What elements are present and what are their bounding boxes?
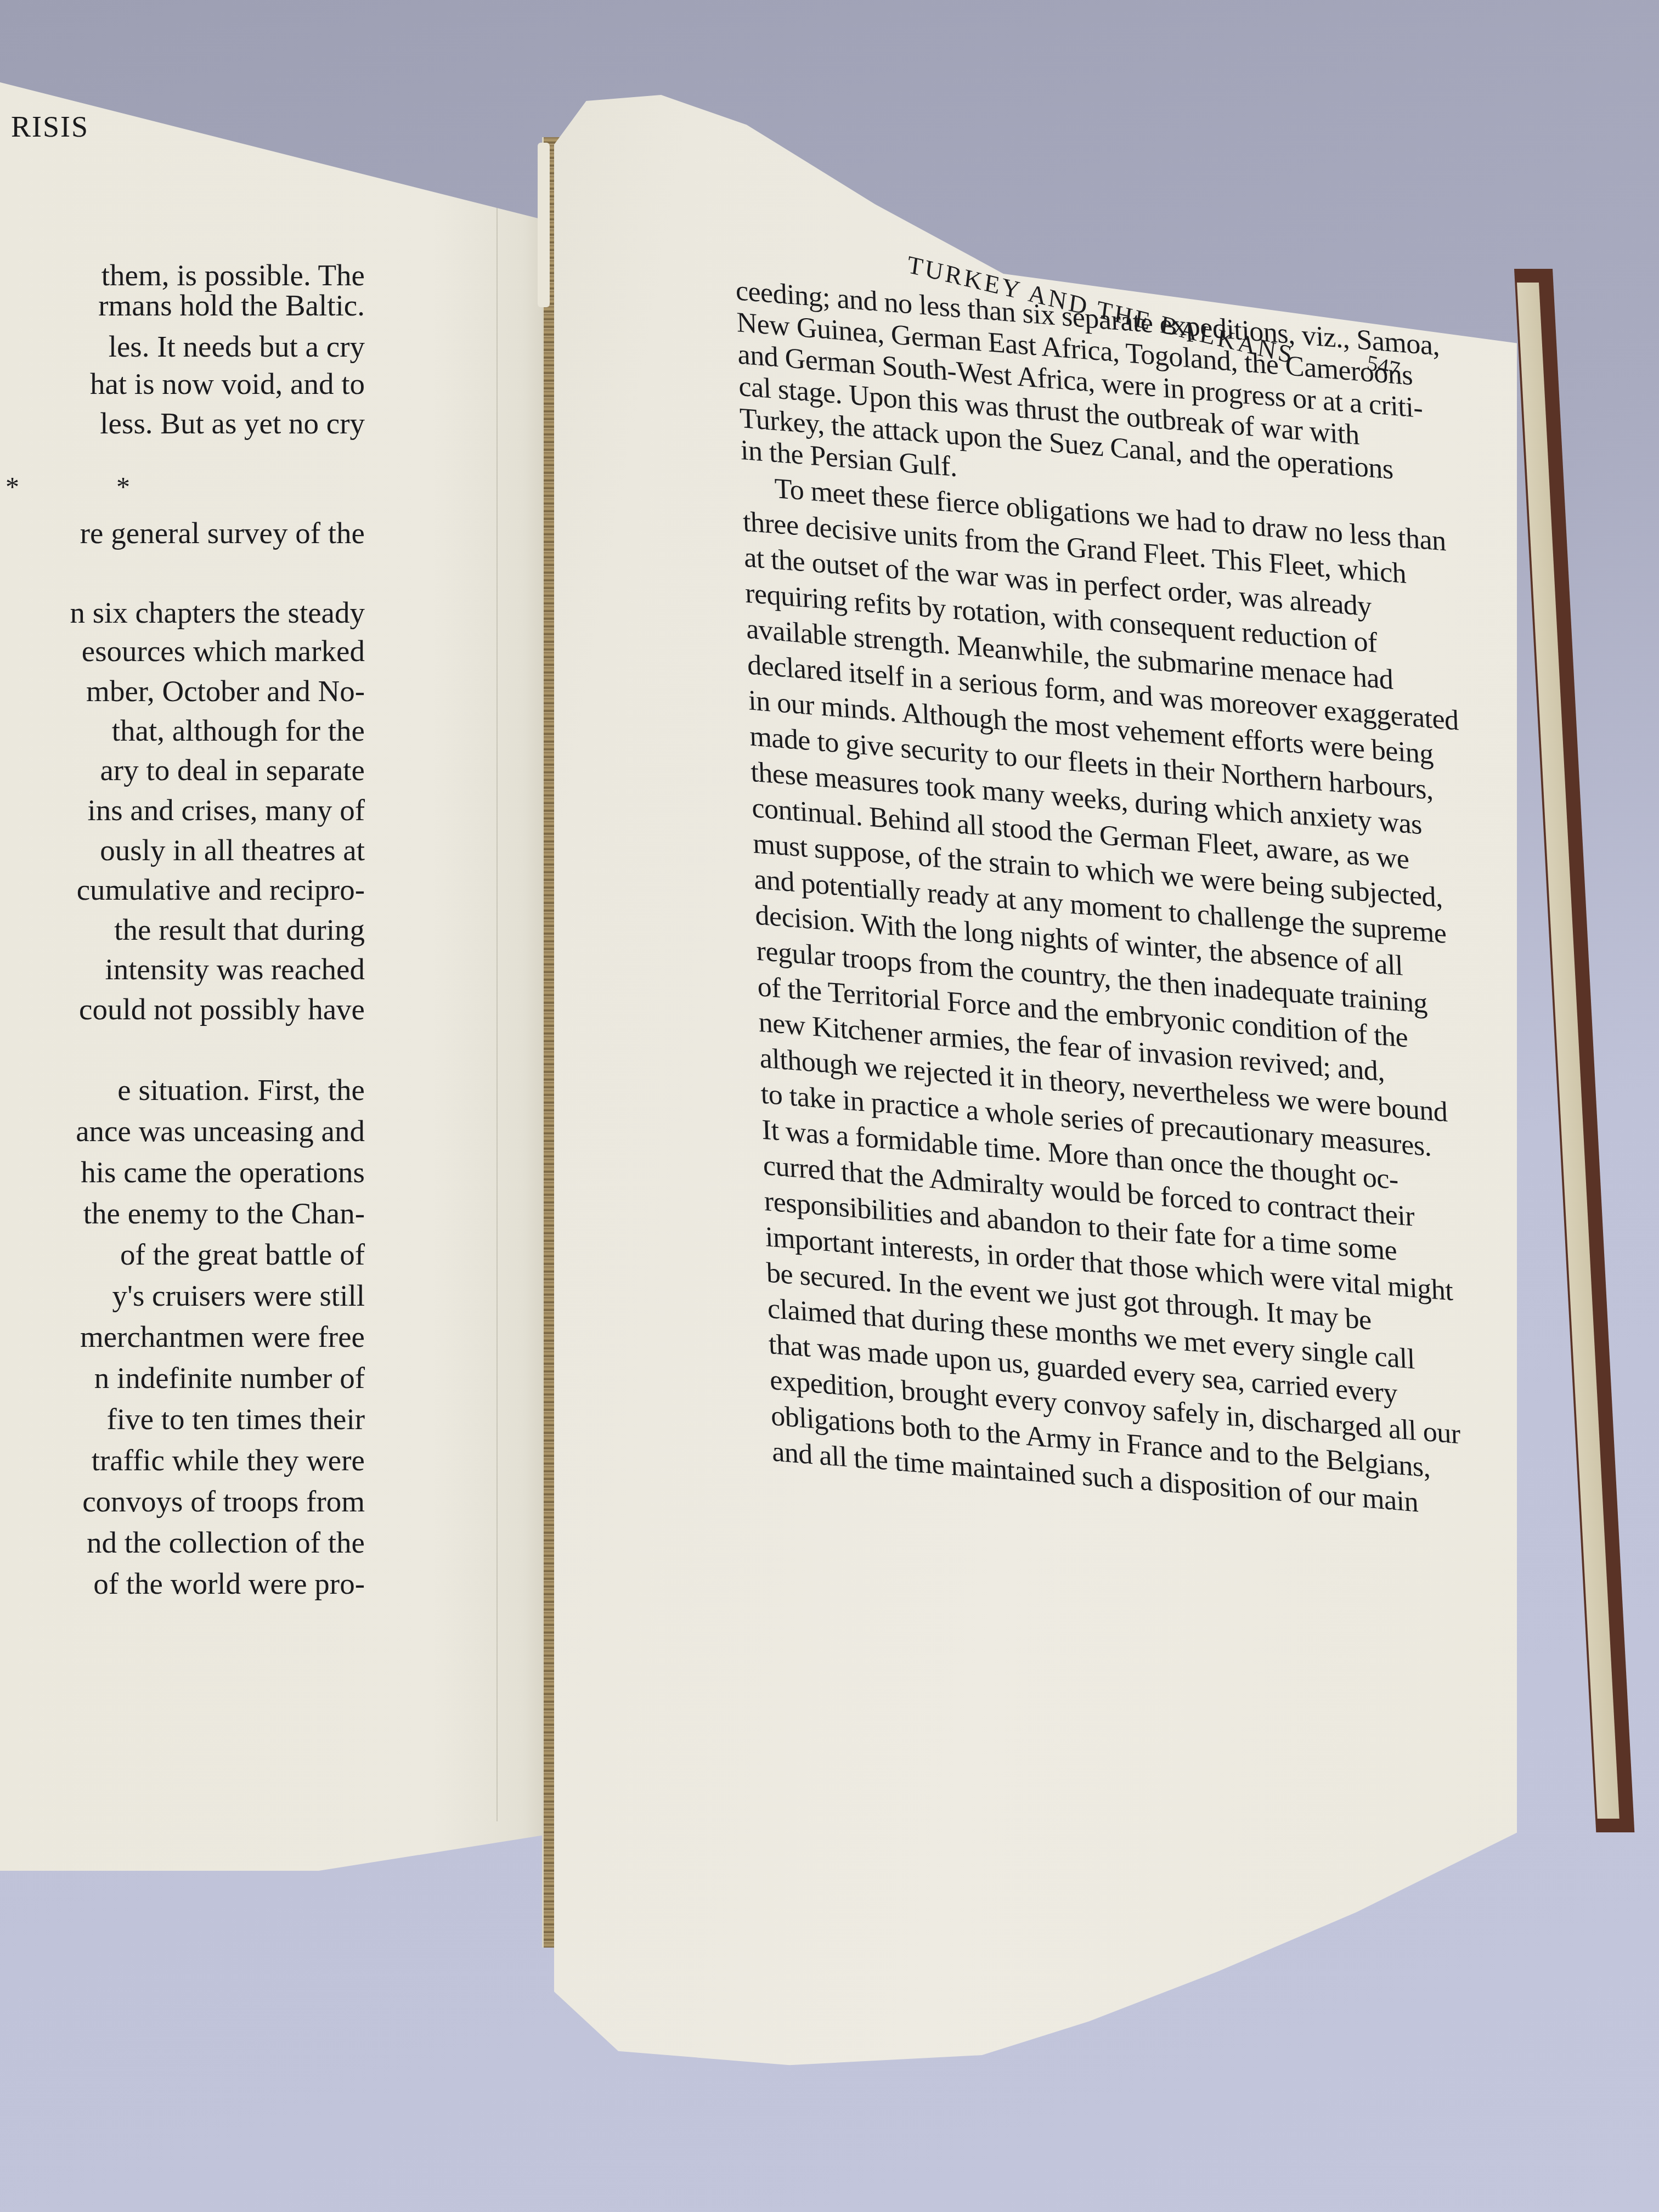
page-stack-edge (1517, 283, 1620, 1819)
text-line: merchantmen were free (80, 1319, 365, 1354)
text-line: rmans hold the Baltic. (98, 288, 365, 323)
text-line: his came the operations (81, 1155, 365, 1189)
text-line: mber, October and No- (86, 674, 365, 708)
section-break-asterisk: * (5, 471, 19, 503)
text-line: nd the collection of the (87, 1525, 365, 1560)
torn-paper-flap (538, 143, 550, 307)
text-line: the enemy to the Chan- (83, 1196, 365, 1231)
text-line: ary to deal in separate (100, 753, 365, 787)
right-page-text: TURKEY AND THE BALKANS 547 ceeding; and … (735, 274, 1426, 329)
text-line: five to ten times their (107, 1402, 365, 1436)
text-line: esources which marked (82, 634, 365, 668)
text-line: cumulative and recipro- (77, 872, 365, 907)
text-line: n six chapters the steady (70, 595, 365, 630)
left-running-head: RISIS (11, 110, 89, 144)
text-line: y's cruisers were still (112, 1278, 365, 1313)
text-line: intensity was reached (105, 952, 365, 986)
page-fold-line (496, 203, 498, 1821)
text-line: re general survey of the (80, 516, 365, 550)
text-line: e situation. First, the (117, 1073, 365, 1107)
text-line: that, although for the (112, 713, 365, 748)
text-line: convoys of troops from (82, 1484, 365, 1519)
text-line: ance was unceasing and (76, 1114, 365, 1148)
text-line: les. It needs but a cry (109, 329, 365, 364)
text-line: the result that during (114, 912, 365, 947)
text-line: less. But as yet no cry (100, 406, 365, 441)
text-line: n indefinite number of (94, 1361, 365, 1395)
section-break-asterisk: * (116, 471, 130, 503)
text-line: ins and crises, many of (87, 793, 365, 827)
text-line: hat is now void, and to (90, 366, 365, 401)
text-line: traffic while they were (92, 1443, 365, 1477)
text-line: of the great battle of (120, 1237, 365, 1272)
text-line: could not possibly have (79, 992, 365, 1026)
text-line: them, is possible. The (101, 258, 365, 292)
text-line: ously in all theatres at (100, 833, 365, 867)
text-line: of the world were pro- (93, 1566, 365, 1601)
